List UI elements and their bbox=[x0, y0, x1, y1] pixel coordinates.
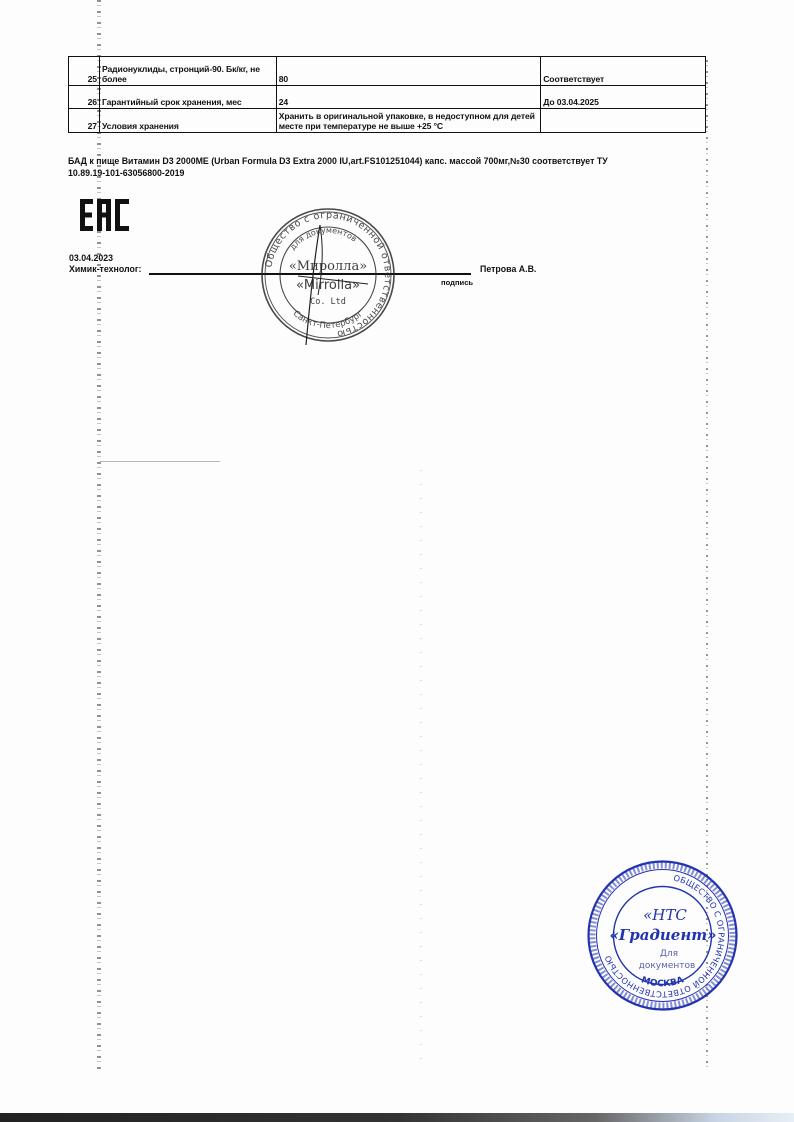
table-row: 27 Условия хранения Хранить в оригинальн… bbox=[69, 109, 706, 133]
conclusion-text: БАД к пище Витамин D3 2000МЕ (Urban Form… bbox=[68, 156, 708, 179]
stamp-name-ru: «Миролла» bbox=[289, 259, 367, 274]
stamp-purpose-line-1: Для bbox=[660, 949, 678, 959]
parameter-name: Радионуклиды, стронций-90. Бк/кг, не бол… bbox=[99, 57, 276, 86]
parameter-value: 24 bbox=[276, 86, 541, 109]
stamp-name-line-1: «НТС bbox=[643, 906, 687, 924]
stamp-purpose-line-2: документов bbox=[639, 961, 696, 971]
svg-text:для документов: для документов bbox=[288, 226, 359, 252]
row-number: 26 bbox=[69, 86, 100, 109]
conclusion-line-1: БАД к пище Витамин D3 2000МЕ (Urban Form… bbox=[68, 156, 708, 168]
table-row: 25 Радионуклиды, стронций-90. Бк/кг, не … bbox=[69, 57, 706, 86]
row-number: 27 bbox=[69, 109, 100, 133]
scan-bottom-edge bbox=[0, 1113, 794, 1122]
parameter-value: 80 bbox=[276, 57, 541, 86]
eac-mark-icon bbox=[80, 199, 130, 231]
parameter-name: Гарантийный срок хранения, мес bbox=[99, 86, 276, 109]
signer-role: Химик-технолог: bbox=[69, 264, 141, 274]
stamp-name-en: «Mirrolla» bbox=[296, 278, 360, 293]
stamp-suffix: Co. Ltd bbox=[310, 297, 346, 307]
stamp-name-line-2: «Градиент» bbox=[610, 926, 717, 944]
parameter-result bbox=[541, 109, 706, 133]
signature-caption: подпись bbox=[441, 278, 473, 287]
parameter-result: До 03.04.2025 bbox=[541, 86, 706, 109]
parameter-result: Соответствует bbox=[541, 57, 706, 86]
scan-artifact-line bbox=[100, 461, 220, 462]
parameter-value: Хранить в оригинальной упаковке, в недос… bbox=[276, 109, 541, 133]
table-row: 26 Гарантийный срок хранения, мес 24 До … bbox=[69, 86, 706, 109]
document-date: 03.04.2023 bbox=[69, 253, 113, 263]
parameter-name: Условия хранения bbox=[99, 109, 276, 133]
company-stamp-gradient: ОБЩЕСТВО С ОГРАНИЧЕННОЙ ОТВЕТСТВЕННОСТЬЮ… bbox=[585, 858, 740, 1013]
scan-artifact-mid bbox=[420, 470, 422, 1070]
conclusion-line-2: 10.89.19-101-63056800-2019 bbox=[68, 168, 708, 180]
row-number: 25 bbox=[69, 57, 100, 86]
company-stamp-mirrolla: Общество с ограниченной ответственностью… bbox=[258, 200, 398, 350]
signer-name: Петрова А.В. bbox=[480, 264, 536, 274]
document-page: 25 Радионуклиды, стронций-90. Бк/кг, не … bbox=[0, 0, 794, 1122]
specification-table: 25 Радионуклиды, стронций-90. Бк/кг, не … bbox=[68, 56, 706, 133]
stamp-top-text: для документов bbox=[288, 226, 359, 252]
